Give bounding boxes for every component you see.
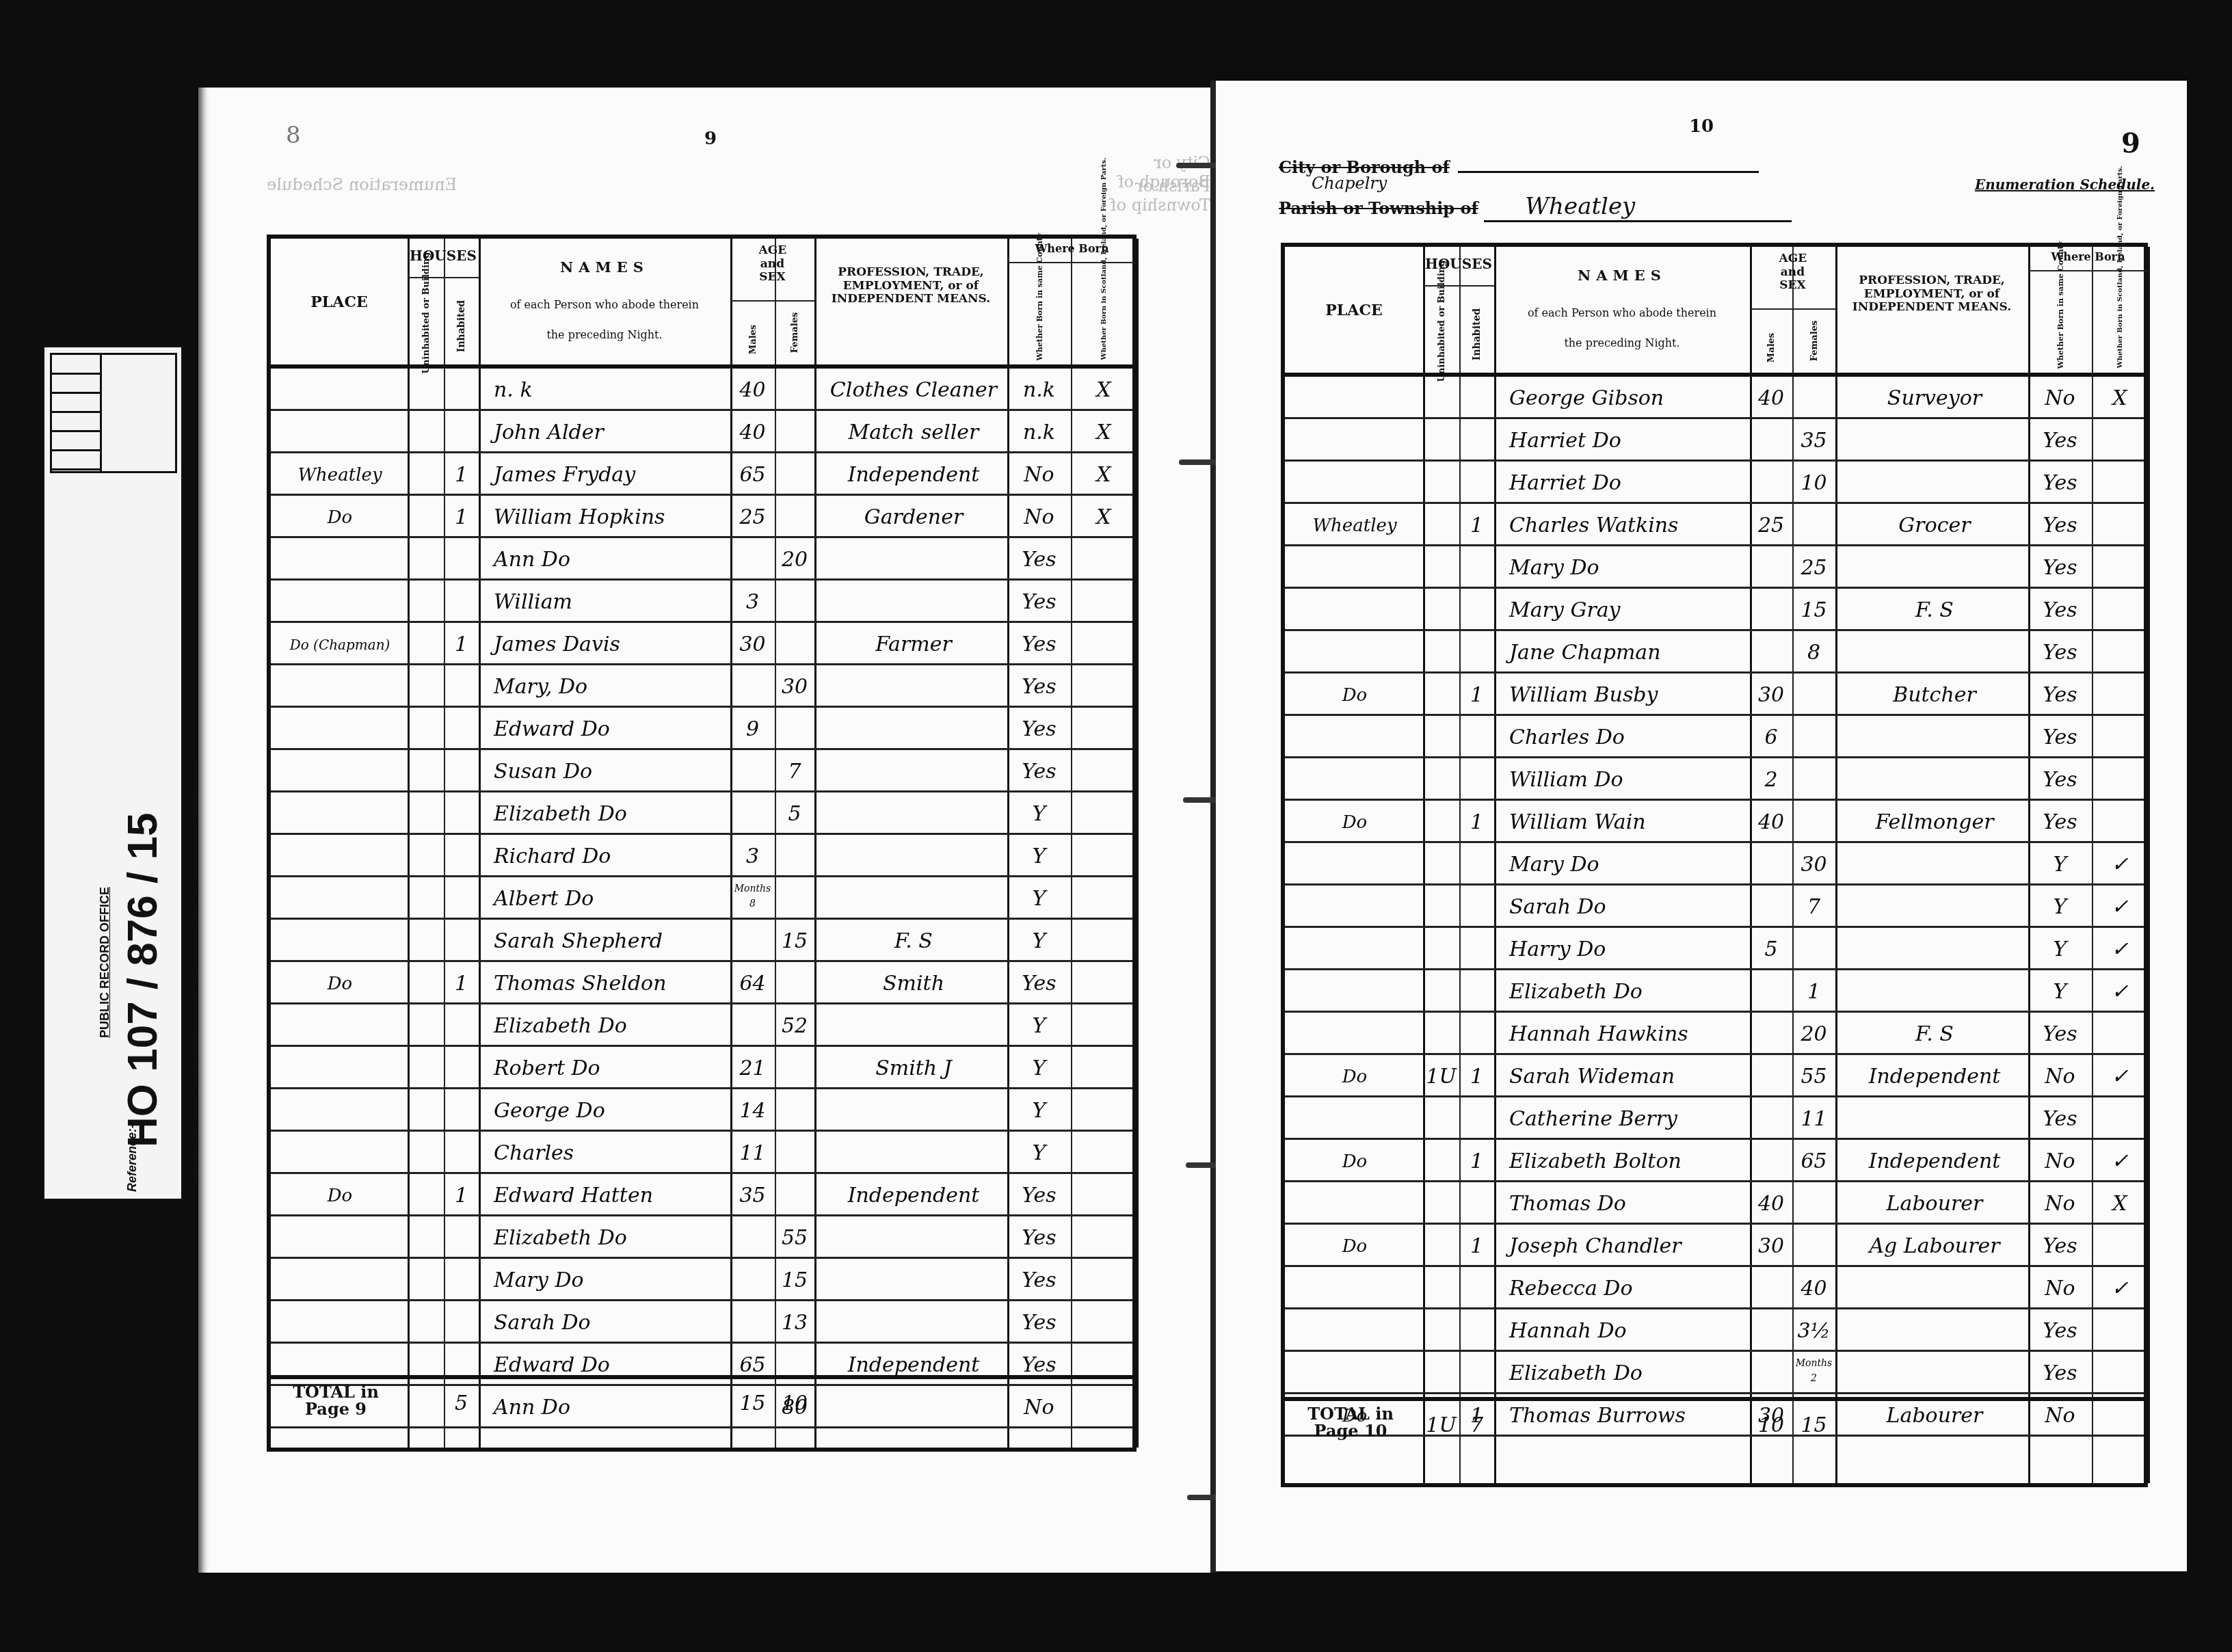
- born-county-cell: Yes: [2028, 801, 2092, 841]
- total-uninhabited: 1U: [1423, 1404, 1459, 1444]
- born-county-cell: Yes: [2028, 631, 2092, 671]
- female-age-cell: [775, 1132, 814, 1172]
- born-county-cell: Y: [2028, 843, 2092, 883]
- ruler-tick: [52, 411, 100, 413]
- born-county-cell: Yes: [1007, 538, 1071, 578]
- table-row: Do1U1Sarah Wideman55IndependentNo✓: [1285, 1055, 2144, 1097]
- uninhabited-cell: [1423, 970, 1459, 1011]
- name-cell: Elizabeth Do: [1509, 970, 1749, 1011]
- born-foreign-cell: X: [1071, 411, 1137, 451]
- profession-cell: [824, 835, 1003, 875]
- male-age-cell: [1750, 1140, 1792, 1180]
- profession-cell: [1845, 546, 2024, 587]
- born-foreign-cell: ✓: [2092, 843, 2148, 883]
- female-age-cell: [775, 453, 814, 494]
- where-born-header: Where Born: [1007, 243, 1137, 262]
- place-cell: [1289, 928, 1420, 968]
- born-county-cell: Yes: [1007, 1259, 1071, 1299]
- name-cell: Sarah Do: [494, 1301, 729, 1342]
- place-cell: [275, 1301, 405, 1342]
- born-county-cell: No: [1007, 496, 1071, 536]
- inhabited-cell: [444, 581, 479, 621]
- female-age-cell: [775, 581, 814, 621]
- born-foreign-cell: [2092, 674, 2148, 714]
- profession-cell: [824, 877, 1003, 918]
- inhabited-cell: [1459, 970, 1494, 1011]
- uninhabited-cell: [408, 453, 444, 494]
- inhabited-cell: [444, 1216, 479, 1257]
- female-age-cell: 55: [1792, 1055, 1835, 1095]
- name-cell: Elizabeth Do: [494, 792, 729, 833]
- page-number: 9: [704, 129, 717, 149]
- profession-cell: Grocer: [1845, 504, 2024, 544]
- profession-cell: Independent: [1845, 1055, 2024, 1095]
- reference-card: PUBLIC RECORD OFFICE HO 107 / 876 / 15 R…: [42, 345, 183, 1201]
- table-row: Harriet Do10Yes: [1285, 462, 2144, 504]
- profession-cell: [824, 1259, 1003, 1299]
- male-age-cell: [1750, 970, 1792, 1011]
- table-row: George Gibson40SurveyorNoX: [1285, 377, 2144, 419]
- female-age-cell: 15: [775, 1259, 814, 1299]
- name-cell: Elizabeth Do: [494, 1004, 729, 1045]
- profession-cell: Clothes Cleaner: [824, 369, 1003, 409]
- male-age-cell: [730, 920, 775, 960]
- born-foreign-cell: [1071, 538, 1137, 578]
- table-row: George Do14Y: [271, 1089, 1132, 1132]
- female-age-cell: 15: [775, 920, 814, 960]
- uninhabited-header: Uninhabited or Building: [1436, 287, 1446, 382]
- ruler-tick: [52, 468, 100, 470]
- table-row: Elizabeth Do5Y: [271, 792, 1132, 835]
- table-header: PLACEHOUSESUninhabited or BuildingInhabi…: [1285, 247, 2144, 377]
- male-age-cell: [1750, 1309, 1792, 1350]
- uninhabited-cell: [408, 962, 444, 1002]
- female-age-cell: [1792, 504, 1835, 544]
- born-foreign-cell: [1071, 581, 1137, 621]
- profession-cell: Smith J: [824, 1047, 1003, 1087]
- male-age-cell: [1750, 631, 1792, 671]
- table-row: Hannah Do3½Yes: [1285, 1309, 2144, 1352]
- male-age-cell: [1750, 589, 1792, 629]
- uninhabited-cell: [408, 369, 444, 409]
- names-header: NAMES: [1494, 267, 1750, 288]
- born-county-cell: n.k: [1007, 369, 1071, 409]
- female-age-cell: 52: [775, 1004, 814, 1045]
- total-females: 15: [1792, 1404, 1835, 1444]
- female-age-cell: 10: [1792, 462, 1835, 502]
- where-born-header: Where Born: [2028, 251, 2148, 270]
- male-age-cell: 5: [1750, 928, 1792, 968]
- place-cell: [1289, 589, 1420, 629]
- male-age-cell: 40: [1750, 377, 1792, 417]
- born-county-cell: n.k: [1007, 411, 1071, 451]
- name-cell: Hannah Hawkins: [1509, 1013, 1749, 1053]
- table-row: Sarah Do13Yes: [271, 1301, 1132, 1344]
- table-row: William Do2Yes: [1285, 758, 2144, 801]
- inhabited-cell: [1459, 1182, 1494, 1223]
- parish-annotation: Chapelry: [1312, 174, 1387, 193]
- profession-cell: Fellmonger: [1845, 801, 2024, 841]
- female-age-cell: [775, 962, 814, 1002]
- born-county-cell: Yes: [2028, 716, 2092, 756]
- born-foreign-cell: [1071, 1216, 1137, 1257]
- born-county-cell: Y: [1007, 877, 1071, 918]
- table-row: Ann Do20Yes: [271, 538, 1132, 581]
- uninhabited-cell: [1423, 419, 1459, 459]
- uninhabited-cell: [408, 1089, 444, 1130]
- name-cell: Robert Do: [494, 1047, 729, 1087]
- uninhabited-cell: [408, 920, 444, 960]
- name-cell: Harriet Do: [1509, 419, 1749, 459]
- profession-cell: [1845, 1309, 2024, 1350]
- total-label: TOTAL inPage 10: [1285, 1405, 1416, 1439]
- born-county-cell: Y: [1007, 920, 1071, 960]
- uninhabited-cell: [408, 877, 444, 918]
- name-cell: Joseph Chandler: [1509, 1225, 1749, 1265]
- uninhabited-cell: [1423, 801, 1459, 841]
- male-age-cell: 30: [1750, 674, 1792, 714]
- name-cell: Edward Hatten: [494, 1174, 729, 1214]
- where-born-divider: [1007, 262, 1137, 263]
- born-county-cell: Yes: [2028, 419, 2092, 459]
- profession-cell: Match seller: [824, 411, 1003, 451]
- inhabited-cell: [1459, 1013, 1494, 1053]
- female-age-cell: 20: [1792, 1013, 1835, 1053]
- place-cell: [1289, 1013, 1420, 1053]
- total-females: 10: [775, 1382, 814, 1422]
- male-age-cell: 35: [730, 1174, 775, 1214]
- profession-header: PROFESSION, TRADE, EMPLOYMENT, or of IND…: [1842, 274, 2021, 370]
- inhabited-header: Inhabited: [1472, 293, 1483, 375]
- inhabited-cell: [444, 877, 479, 918]
- inhabited-cell: [444, 1047, 479, 1087]
- name-cell: George Do: [494, 1089, 729, 1130]
- born-foreign-cell: [2092, 1352, 2148, 1392]
- born-county-cell: Yes: [1007, 750, 1071, 790]
- born-foreign-cell: [1071, 1259, 1137, 1299]
- census-table-page-10: PLACEHOUSESUninhabited or BuildingInhabi…: [1281, 243, 2148, 1487]
- uninhabited-cell: [1423, 928, 1459, 968]
- inhabited-cell: [1459, 631, 1494, 671]
- female-age-cell: [775, 1174, 814, 1214]
- male-age-cell: [1750, 885, 1792, 926]
- born-county-cell: Y: [1007, 835, 1071, 875]
- parish-township-label: Parish or Township of Wheatley: [1279, 193, 1792, 222]
- born-county-cell: Yes: [2028, 1225, 2092, 1265]
- born-county-cell: No: [2028, 1140, 2092, 1180]
- female-age-cell: 25: [1792, 546, 1835, 587]
- place-cell: Do: [1289, 1055, 1420, 1095]
- place-cell: [1289, 1309, 1420, 1350]
- table-header: PLACEHOUSESUninhabited or BuildingInhabi…: [271, 239, 1132, 369]
- total-label-line2: Page 10: [1285, 1422, 1416, 1439]
- profession-cell: Independent: [1845, 1140, 2024, 1180]
- table-row: Thomas Do40LabourerNoX: [1285, 1182, 2144, 1225]
- born-county-cell: Y: [1007, 792, 1071, 833]
- name-cell: Thomas Sheldon: [494, 962, 729, 1002]
- born-foreign-cell: ✓: [2092, 928, 2148, 968]
- name-cell: Ann Do: [494, 538, 729, 578]
- uninhabited-cell: [408, 496, 444, 536]
- name-cell: William Hopkins: [494, 496, 729, 536]
- born-county-cell: Y: [2028, 970, 2092, 1011]
- born-foreign-cell: [2092, 1225, 2148, 1265]
- name-cell: Harry Do: [1509, 928, 1749, 968]
- born-foreign-cell: [2092, 758, 2148, 799]
- male-age-cell: [730, 792, 775, 833]
- male-age-cell: 9: [730, 708, 775, 748]
- born-county-cell: Y: [1007, 1089, 1071, 1130]
- ruler-tick: [52, 430, 100, 432]
- parish-label-text: Parish or Township of: [1279, 198, 1478, 218]
- inhabited-cell: 1: [1459, 1055, 1494, 1095]
- inhabited-header: Inhabited: [456, 285, 467, 367]
- inhabited-cell: 1: [444, 496, 479, 536]
- name-cell: Harriet Do: [1509, 462, 1749, 502]
- place-cell: [1289, 885, 1420, 926]
- name-cell: Thomas Do: [1509, 1182, 1749, 1223]
- place-cell: [275, 369, 405, 409]
- reference-number: HO 107 / 876 / 15: [118, 813, 167, 1147]
- male-age-cell: 30: [730, 623, 775, 663]
- name-cell: James Fryday: [494, 453, 729, 494]
- born-foreign-cell: ✓: [2092, 1267, 2148, 1307]
- table-row: Charles Do6Yes: [1285, 716, 2144, 758]
- inhabited-cell: [1459, 589, 1494, 629]
- born-foreign-cell: [1071, 962, 1137, 1002]
- inhabited-cell: [1459, 1267, 1494, 1307]
- male-age-cell: [1750, 1352, 1792, 1392]
- total-label-line1: TOTAL in: [1285, 1405, 1416, 1422]
- profession-header: PROFESSION, TRADE, EMPLOYMENT, or of IND…: [821, 266, 1000, 362]
- male-age-cell: 11: [730, 1132, 775, 1172]
- profession-cell: Smith: [824, 962, 1003, 1002]
- male-age-cell: [730, 1259, 775, 1299]
- table-row: Wheatley1Charles Watkins25GrocerYes: [1285, 504, 2144, 546]
- total-males: 10: [1750, 1404, 1792, 1444]
- born-foreign-cell: ✓: [2092, 970, 2148, 1011]
- table-row: Mary Do25Yes: [1285, 546, 2144, 589]
- uninhabited-cell: [408, 623, 444, 663]
- born-county-cell: Y: [1007, 1047, 1071, 1087]
- ruler-tick: [52, 449, 100, 451]
- female-age-cell: 11: [1792, 1097, 1835, 1138]
- born-county-cell: Y: [1007, 1004, 1071, 1045]
- inhabited-cell: [444, 920, 479, 960]
- inhabited-cell: [444, 1301, 479, 1342]
- born-county-cell: No: [2028, 1182, 2092, 1223]
- place-cell: [275, 750, 405, 790]
- place-cell: [1289, 377, 1420, 417]
- place-header: PLACE: [271, 294, 408, 315]
- female-age-cell: [775, 835, 814, 875]
- born-foreign-cell: [1071, 920, 1137, 960]
- table-row: Edward Do9Yes: [271, 708, 1132, 750]
- profession-cell: [824, 665, 1003, 706]
- ruler-tick: [52, 373, 100, 375]
- born-county-cell: Yes: [2028, 1309, 2092, 1350]
- female-age-cell: [1792, 377, 1835, 417]
- profession-cell: Independent: [824, 453, 1003, 494]
- total-inhabited: 7: [1459, 1404, 1494, 1444]
- born-county-cell: No: [2028, 377, 2092, 417]
- uninhabited-cell: [1423, 1309, 1459, 1350]
- male-age-cell: 3: [730, 835, 775, 875]
- total-uninhabited: [408, 1382, 444, 1422]
- male-age-cell: [1750, 1267, 1792, 1307]
- table-row: n. k40Clothes Cleanern.kX: [271, 369, 1132, 411]
- name-cell: Jane Chapman: [1509, 631, 1749, 671]
- profession-cell: [1845, 1267, 2024, 1307]
- place-cell: [1289, 419, 1420, 459]
- profession-cell: [1845, 885, 2024, 926]
- name-cell: Elizabeth Do: [494, 1216, 729, 1257]
- name-cell: Catherine Berry: [1509, 1097, 1749, 1138]
- born-foreign-cell: [2092, 716, 2148, 756]
- houses-divider: [1423, 285, 1494, 287]
- profession-cell: Farmer: [824, 623, 1003, 663]
- place-cell: Do: [275, 1174, 405, 1214]
- female-age-cell: [1792, 1225, 1835, 1265]
- names-header: NAMES: [479, 259, 730, 280]
- born-foreign-cell: X: [2092, 377, 2148, 417]
- profession-cell: [1845, 1097, 2024, 1138]
- name-cell: Charles Watkins: [1509, 504, 1749, 544]
- born-county-cell: Yes: [1007, 623, 1071, 663]
- name-cell: William: [494, 581, 729, 621]
- female-age-cell: Months 2: [1792, 1352, 1835, 1396]
- inhabited-cell: [444, 411, 479, 451]
- uninhabited-cell: [408, 1132, 444, 1172]
- inhabited-cell: 1: [1459, 1225, 1494, 1265]
- born-foreign-cell: [2092, 546, 2148, 587]
- table-row: Elizabeth Do52Y: [271, 1004, 1132, 1047]
- table-row: Catherine Berry11Yes: [1285, 1097, 2144, 1140]
- name-cell: Charles Do: [1509, 716, 1749, 756]
- uninhabited-cell: [1423, 462, 1459, 502]
- female-age-cell: [775, 623, 814, 663]
- born-foreign-cell: [2092, 589, 2148, 629]
- male-age-cell: 40: [730, 411, 775, 451]
- place-cell: [275, 538, 405, 578]
- uninhabited-header: Uninhabited or Building: [421, 278, 431, 374]
- total-label: TOTAL inPage 9: [271, 1383, 401, 1417]
- corner-mark: 8: [286, 122, 301, 149]
- uninhabited-cell: [408, 1174, 444, 1214]
- ruler-tick: [52, 392, 100, 394]
- name-cell: Elizabeth Bolton: [1509, 1140, 1749, 1180]
- table-row: Robert Do21Smith JY: [271, 1047, 1132, 1089]
- born-county-cell: Yes: [1007, 1174, 1071, 1214]
- born-county-cell: Yes: [1007, 1301, 1071, 1342]
- table-row: Do1Edward Hatten35IndependentYes: [271, 1174, 1132, 1216]
- profession-cell: [824, 581, 1003, 621]
- name-cell: John Alder: [494, 411, 729, 451]
- born-foreign-cell: [1071, 877, 1137, 918]
- born-county-cell: No: [2028, 1267, 2092, 1307]
- born-foreign-cell: [2092, 1013, 2148, 1053]
- female-age-cell: [1792, 928, 1835, 968]
- male-age-cell: [1750, 1097, 1792, 1138]
- place-cell: Do: [275, 962, 405, 1002]
- profession-cell: [824, 792, 1003, 833]
- male-age-cell: 2: [1750, 758, 1792, 799]
- inhabited-cell: 1: [1459, 1140, 1494, 1180]
- uninhabited-cell: [1423, 1352, 1459, 1392]
- inhabited-cell: [1459, 546, 1494, 587]
- born-foreign-cell: [1071, 1132, 1137, 1172]
- column-rule: [1137, 239, 1139, 1448]
- name-cell: William Busby: [1509, 674, 1749, 714]
- place-cell: [275, 581, 405, 621]
- born-foreign-cell: [2092, 1097, 2148, 1138]
- female-age-cell: 55: [775, 1216, 814, 1257]
- inhabited-cell: [1459, 1352, 1494, 1392]
- born-foreign-cell: [1071, 750, 1137, 790]
- names-sub2: the preceding Night.: [1494, 337, 1750, 354]
- born-foreign-cell: [1071, 1301, 1137, 1342]
- male-age-cell: [1750, 843, 1792, 883]
- place-header: PLACE: [1285, 302, 1423, 323]
- female-age-cell: 30: [775, 665, 814, 706]
- inhabited-cell: [444, 708, 479, 748]
- female-age-cell: 65: [1792, 1140, 1835, 1180]
- total-males: 15: [730, 1382, 775, 1422]
- female-age-cell: 8: [1792, 631, 1835, 671]
- male-age-cell: 3: [730, 581, 775, 621]
- male-age-cell: [1750, 1055, 1792, 1095]
- female-age-cell: [775, 1047, 814, 1087]
- name-cell: Mary Do: [1509, 546, 1749, 587]
- male-age-cell: [730, 1004, 775, 1045]
- name-cell: Mary Do: [494, 1259, 729, 1299]
- male-age-cell: 40: [1750, 1182, 1792, 1223]
- age-divider: [1750, 308, 1835, 310]
- born-county-cell: Yes: [2028, 462, 2092, 502]
- place-cell: [1289, 1267, 1420, 1307]
- born-foreign-cell: X: [1071, 369, 1137, 409]
- table-row: Do1William Hopkins25GardenerNoX: [271, 496, 1132, 538]
- place-cell: Wheatley: [1289, 504, 1420, 544]
- place-cell: [1289, 758, 1420, 799]
- born-foreign-cell: X: [1071, 453, 1137, 494]
- reference-label: Reference:-: [125, 1124, 139, 1192]
- male-age-cell: 40: [730, 369, 775, 409]
- age-sex-header: AGE and SEX: [1779, 252, 1807, 293]
- born-foreign-cell: [2092, 801, 2148, 841]
- born-county-cell: Y: [2028, 928, 2092, 968]
- born-foreign-cell: [2092, 1309, 2148, 1350]
- male-age-cell: [1750, 1013, 1792, 1053]
- place-cell: [275, 1216, 405, 1257]
- place-cell: Do: [1289, 1225, 1420, 1265]
- female-age-cell: 30: [1792, 843, 1835, 883]
- inhabited-cell: [1459, 419, 1494, 459]
- inhabited-cell: [1459, 1097, 1494, 1138]
- table-row: Jane Chapman8Yes: [1285, 631, 2144, 674]
- uninhabited-cell: [1423, 1013, 1459, 1053]
- male-age-cell: 6: [1750, 716, 1792, 756]
- males-header: Males: [747, 309, 758, 371]
- born-foreign-cell: [2092, 631, 2148, 671]
- born-foreign-cell: [1071, 1174, 1137, 1214]
- inhabited-cell: 1: [1459, 674, 1494, 714]
- profession-cell: [824, 750, 1003, 790]
- table-row: Harry Do5Y✓: [1285, 928, 2144, 970]
- uninhabited-cell: [408, 1301, 444, 1342]
- female-age-cell: [1792, 801, 1835, 841]
- place-cell: [1289, 462, 1420, 502]
